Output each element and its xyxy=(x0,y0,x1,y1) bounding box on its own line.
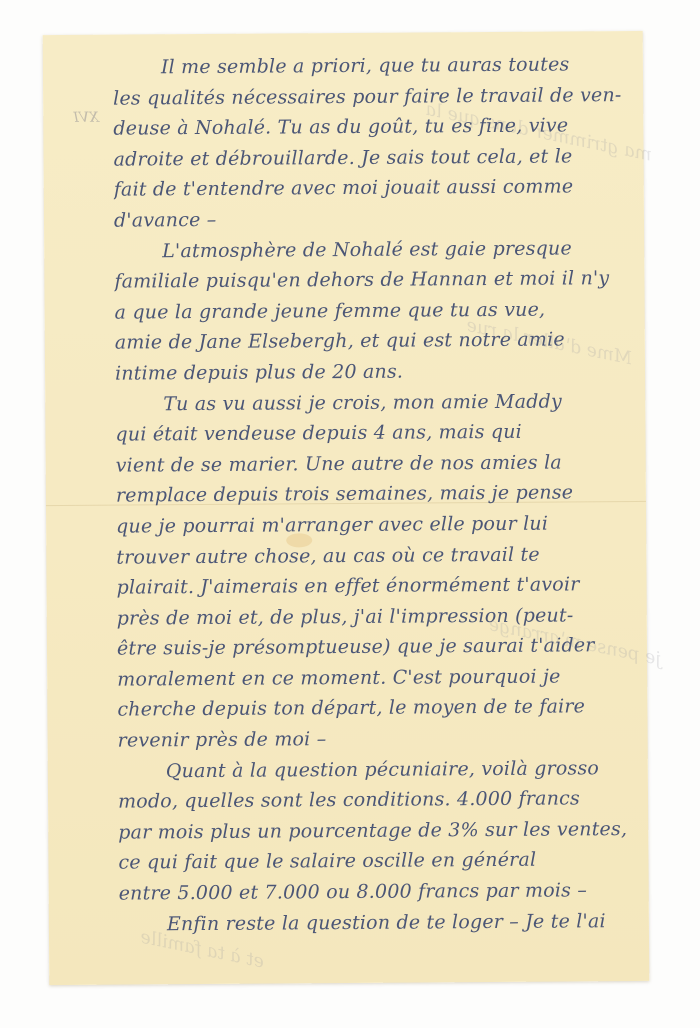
letter-line: vient de se marier. Une autre de nos ami… xyxy=(116,447,636,481)
letter-line: fait de t'entendre avec moi jouait aussi… xyxy=(114,171,634,205)
letter-line: qui était vendeuse depuis 4 ans, mais qu… xyxy=(115,416,635,450)
letter-line: par mois plus un pourcentage de 3% sur l… xyxy=(118,814,638,848)
letter-line: modo, quelles sont les conditions. 4.000… xyxy=(118,783,638,817)
letter-line: amie de Jane Elsebergh, et qui est notre… xyxy=(115,324,635,358)
letter-line: L'atmosphère de Nohalé est gaie presque xyxy=(114,233,634,267)
letter-line: revenir près de moi – xyxy=(118,722,638,756)
letter-page: XVI ma gtrimmer dans que la Mme d'aller … xyxy=(43,31,650,985)
letter-line: d'avance – xyxy=(114,202,634,236)
letter-line: que je pourrai m'arranger avec elle pour… xyxy=(116,508,636,542)
letter-line: deuse à Nohalé. Tu as du goût, tu es fin… xyxy=(113,110,633,144)
letter-line: plairait. J'aimerais en effet énormément… xyxy=(116,569,636,603)
letter-line: moralement en ce moment. C'est pourquoi … xyxy=(117,661,637,695)
letter-line: trouver autre chose, au cas où ce travai… xyxy=(116,538,636,572)
letter-line: être suis-je présomptueuse) que je saura… xyxy=(117,630,637,664)
letter-line: ce qui fait que le salaire oscille en gé… xyxy=(118,844,638,878)
letter-line: a que la grande jeune femme que tu as vu… xyxy=(115,294,635,328)
letter-line: près de moi et, de plus, j'ai l'impressi… xyxy=(117,600,637,634)
letter-body: Il me semble a priori, que tu auras tout… xyxy=(113,49,639,940)
letter-line: cherche depuis ton départ, le moyen de t… xyxy=(117,691,637,725)
letter-line: remplace depuis trois semaines, mais je … xyxy=(116,477,636,511)
letter-line: les qualités nécessaires pour faire le t… xyxy=(113,80,633,114)
letter-line: Il me semble a priori, que tu auras tout… xyxy=(113,49,633,83)
letter-line: entre 5.000 et 7.000 ou 8.000 francs par… xyxy=(119,875,639,909)
letter-line: adroite et débrouillarde. Je sais tout c… xyxy=(113,141,633,175)
letter-line: Quant à la question pécuniaire, voilà gr… xyxy=(118,753,638,787)
margin-note: XVI xyxy=(73,110,99,126)
letter-line: Tu as vu aussi je crois, mon amie Maddy xyxy=(115,386,635,420)
letter-line: familiale puisqu'en dehors de Hannan et … xyxy=(114,263,634,297)
letter-line: intime depuis plus de 20 ans. xyxy=(115,355,635,389)
letter-line: Enfin reste la question de te loger – Je… xyxy=(119,906,639,940)
